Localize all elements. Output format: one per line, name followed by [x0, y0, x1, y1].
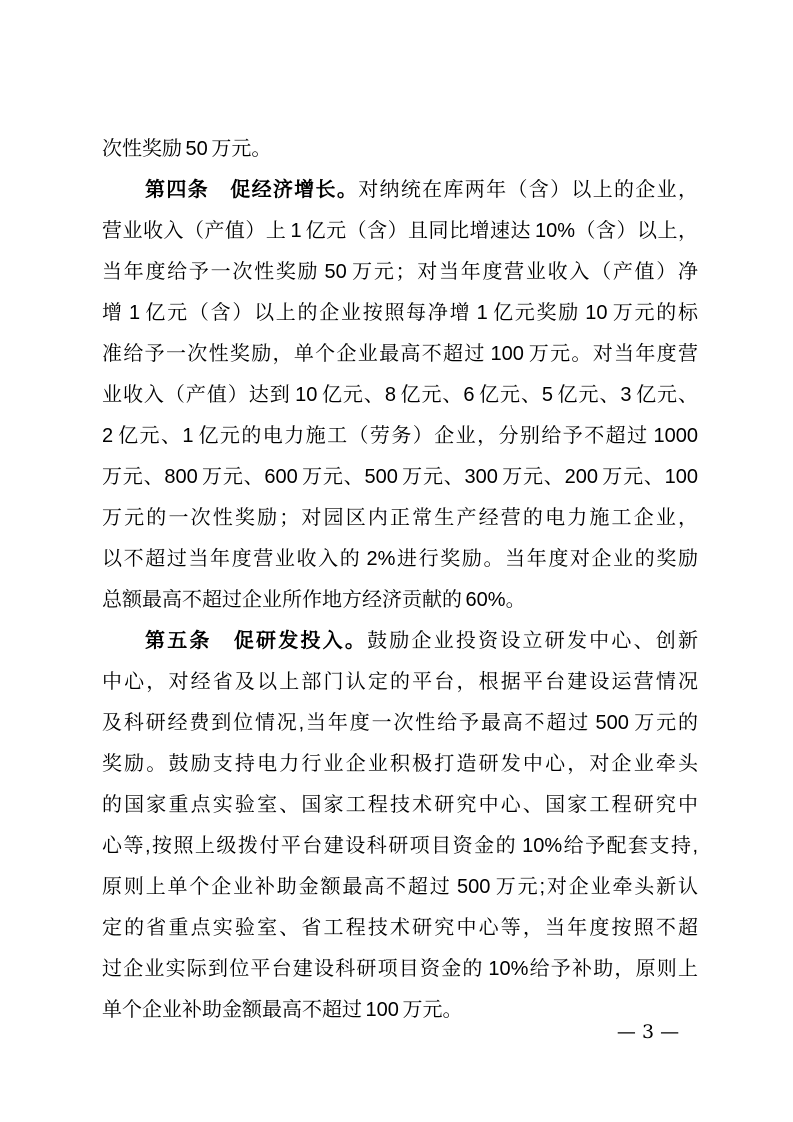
body-text: 次性奖励 50 万元。 [102, 138, 271, 160]
body-text: 过企业实际到位平台建设科研项目资金的 10%给予补助，原则上 [102, 958, 698, 980]
body-text: 准给予一次性奖励，单个企业最高不超过 100 万元。对当年度营 [102, 343, 698, 365]
text-line: 中心，对经省及以上部门认定的平台，根据平台建设运营情况 [102, 662, 698, 703]
text-line: 总额最高不超过企业所作地方经济贡献的 60%。 [102, 580, 698, 621]
document-text: 次性奖励 50 万元。第四条 促经济增长。对纳统在库两年（含）以上的企业，营业收… [102, 129, 698, 1031]
text-line: 定的省重点实验室、省工程技术研究中心等，当年度按照不超 [102, 908, 698, 949]
body-text: 中心，对经省及以上部门认定的平台，根据平台建设运营情况 [102, 671, 698, 693]
text-line: 准给予一次性奖励，单个企业最高不超过 100 万元。对当年度营 [102, 334, 698, 375]
article-heading: 第五条 促研发投入。 [145, 630, 367, 652]
body-text: 心等,按照上级拨付平台建设科研项目资金的 10%给予配套支持, [102, 835, 698, 857]
body-text: 总额最高不超过企业所作地方经济贡献的 60%。 [102, 589, 526, 611]
body-text: 定的省重点实验室、省工程技术研究中心等，当年度按照不超 [102, 917, 698, 939]
article-heading: 第四条 促经济增长。 [145, 179, 358, 201]
text-line: 以不超过当年度营业收入的 2%进行奖励。当年度对企业的奖励 [102, 539, 698, 580]
body-text: 奖励。鼓励支持电力行业企业积极打造研发中心，对企业牵头 [102, 753, 698, 775]
text-line: 2 亿元、1 亿元的电力施工（劳务）企业，分别给予不超过 1000 [102, 416, 698, 457]
text-line: 原则上单个企业补助金额最高不超过 500 万元;对企业牵头新认 [102, 867, 698, 908]
text-line: 万元、800 万元、600 万元、500 万元、300 万元、200 万元、10… [102, 457, 698, 498]
text-line: 第五条 促研发投入。鼓励企业投资设立研发中心、创新 [102, 621, 698, 662]
body-text: 鼓励企业投资设立研发中心、创新 [367, 630, 698, 652]
document-page: 次性奖励 50 万元。第四条 促经济增长。对纳统在库两年（含）以上的企业，营业收… [0, 0, 793, 1122]
text-line: 业收入（产值）达到 10 亿元、8 亿元、6 亿元、5 亿元、3 亿元、 [102, 375, 698, 416]
body-text: 对纳统在库两年（含）以上的企业， [358, 179, 698, 201]
page-number: — 3 — [608, 1018, 688, 1046]
text-line: 次性奖励 50 万元。 [102, 129, 698, 170]
text-line: 万元的一次性奖励；对园区内正常生产经营的电力施工企业， [102, 498, 698, 539]
text-line: 过企业实际到位平台建设科研项目资金的 10%给予补助，原则上 [102, 949, 698, 990]
body-text: 以不超过当年度营业收入的 2%进行奖励。当年度对企业的奖励 [102, 548, 698, 570]
text-line: 营业收入（产值）上 1 亿元（含）且同比增速达 10%（含）以上， [102, 211, 698, 252]
body-text: 原则上单个企业补助金额最高不超过 500 万元;对企业牵头新认 [102, 876, 698, 898]
body-text: 的国家重点实验室、国家工程技术研究中心、国家工程研究中 [102, 794, 698, 816]
text-line: 当年度给予一次性奖励 50 万元；对当年度营业收入（产值）净 [102, 252, 698, 293]
body-text: 2 亿元、1 亿元的电力施工（劳务）企业，分别给予不超过 1000 [102, 425, 698, 447]
body-text: 当年度给予一次性奖励 50 万元；对当年度营业收入（产值）净 [102, 261, 698, 283]
body-text: 业收入（产值）达到 10 亿元、8 亿元、6 亿元、5 亿元、3 亿元、 [102, 384, 698, 406]
body-text: 增 1 亿元（含）以上的企业按照每净增 1 亿元奖励 10 万元的标 [102, 302, 698, 324]
text-line: 增 1 亿元（含）以上的企业按照每净增 1 亿元奖励 10 万元的标 [102, 293, 698, 334]
body-text: 万元的一次性奖励；对园区内正常生产经营的电力施工企业， [102, 507, 698, 529]
text-line: 及科研经费到位情况,当年度一次性给予最高不超过 500 万元的 [102, 703, 698, 744]
body-text: 单个企业补助金额最高不超过 100 万元。 [102, 999, 462, 1021]
text-line: 奖励。鼓励支持电力行业企业积极打造研发中心，对企业牵头 [102, 744, 698, 785]
text-line: 心等,按照上级拨付平台建设科研项目资金的 10%给予配套支持, [102, 826, 698, 867]
body-text: 及科研经费到位情况,当年度一次性给予最高不超过 500 万元的 [102, 712, 698, 734]
text-line: 第四条 促经济增长。对纳统在库两年（含）以上的企业， [102, 170, 698, 211]
text-line: 的国家重点实验室、国家工程技术研究中心、国家工程研究中 [102, 785, 698, 826]
body-text: 万元、800 万元、600 万元、500 万元、300 万元、200 万元、10… [102, 466, 698, 488]
body-text: 营业收入（产值）上 1 亿元（含）且同比增速达 10%（含）以上， [102, 220, 698, 242]
